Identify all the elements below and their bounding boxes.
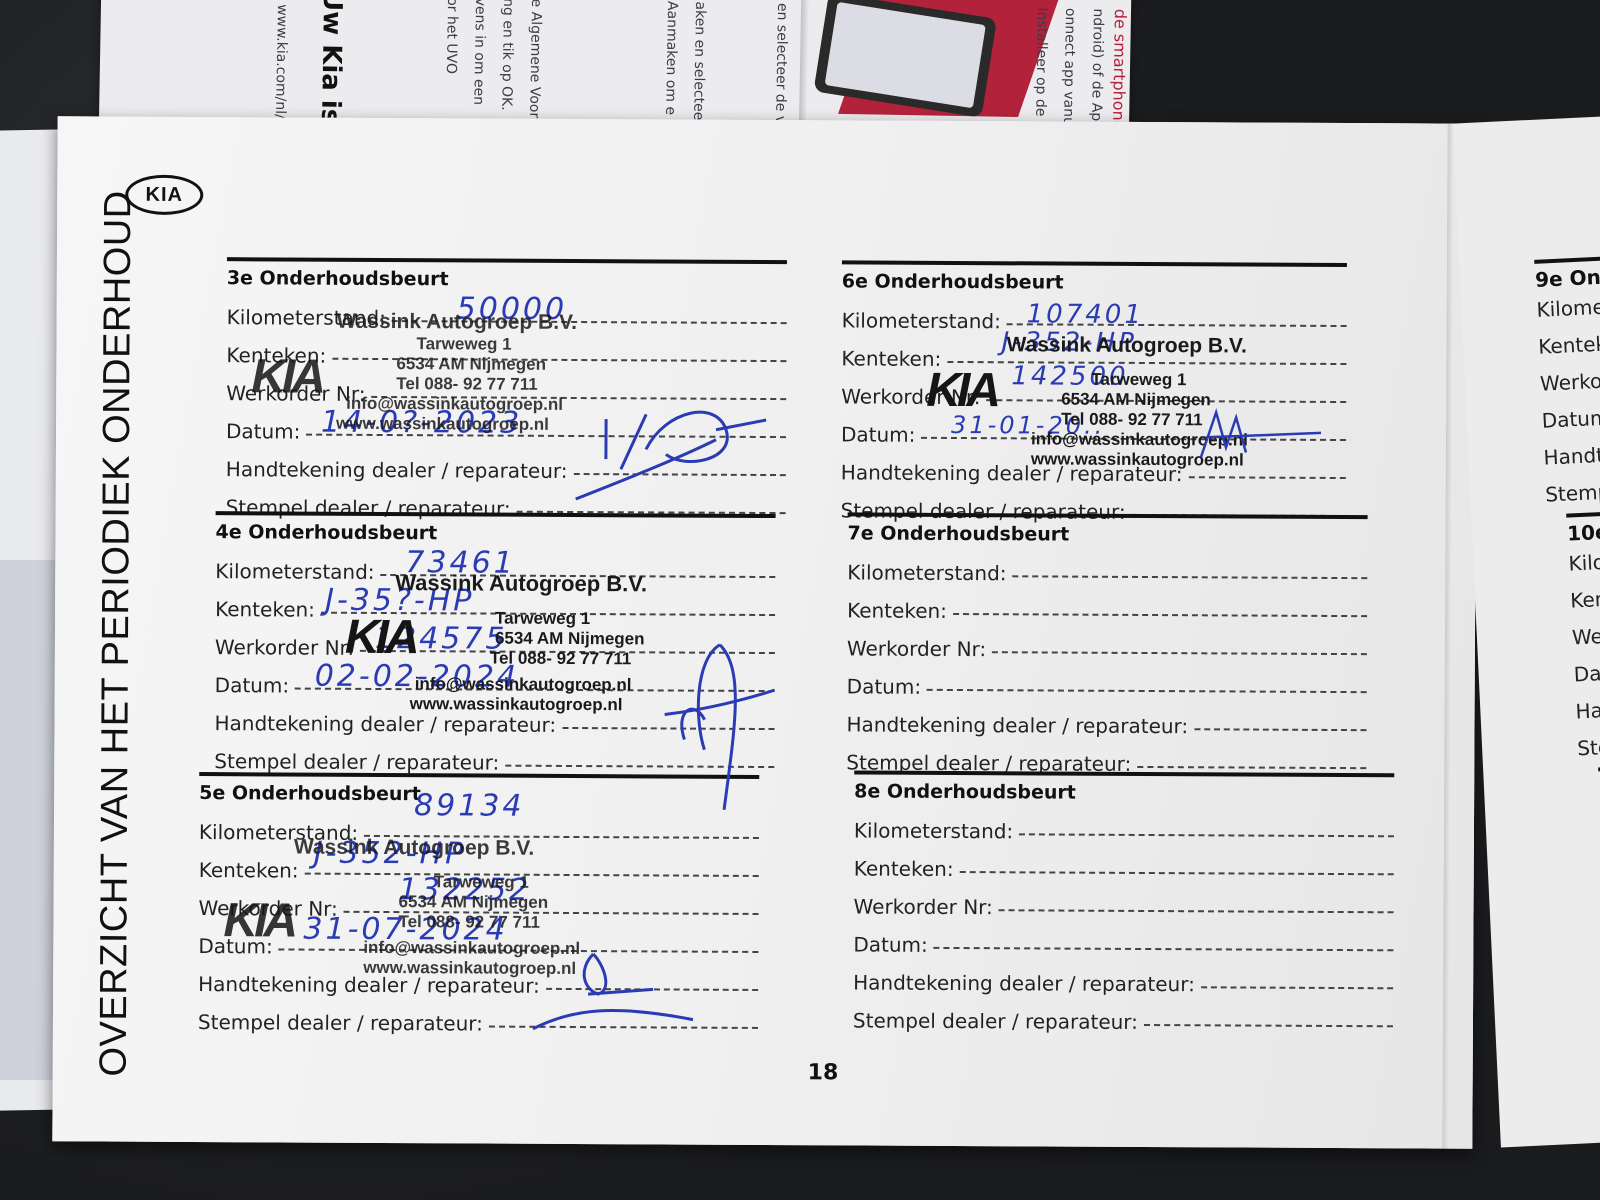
- handwritten-date: 14-0?-2023: [321, 405, 522, 441]
- fill-line: [489, 1026, 758, 1029]
- field-kenteken: Kenteken:: [854, 842, 1394, 883]
- fill-line: [392, 320, 787, 324]
- field-kilometerstand: Kilometerstand:50000: [227, 291, 787, 332]
- fill-line: [279, 948, 759, 953]
- handwritten-date: 31-01-20..: [951, 411, 1105, 440]
- smartphone-screen: [825, 2, 986, 108]
- field-datum: Datum:31-01-20..: [841, 408, 1346, 449]
- fill-line: [371, 396, 786, 400]
- fill-line: [1137, 766, 1366, 769]
- brochure-text: Installeer op de s: [1029, 7, 1053, 128]
- brochure-text: onnect app vanui: [1057, 8, 1081, 130]
- fill-line: [1019, 833, 1394, 837]
- brochure-text: Aanmaken om e: [659, 1, 683, 115]
- maintenance-booklet: KIA OVERZICHT VAN HET PERIODIEK ONDERHOU…: [52, 116, 1477, 1148]
- maintenance-entry-4: 4e Onderhoudsbeurt Kilometerstand:73461 …: [214, 511, 775, 776]
- brochure-text: ng en tik op OK.: [495, 0, 519, 111]
- field-label: Kilometerstand:: [215, 559, 380, 584]
- field-werkorder: Werkorder Nr:124575: [215, 621, 775, 662]
- field-werkorder: Werkorder Nr:: [226, 367, 786, 408]
- field-handtekening: Handtekening dealer / reparateur:: [853, 956, 1393, 997]
- maintenance-entry-5: 5e Onderhoudsbeurt Kilometerstand:89134 …: [198, 772, 759, 1037]
- fill-line: [927, 689, 1367, 693]
- field-handtekening: Handtekening dealer / reparateur:: [846, 698, 1366, 739]
- maintenance-entry-9: 9e Onderhoudsbeurt Kilometerstand: Kente…: [1534, 246, 1600, 514]
- fill-line: [934, 947, 1394, 951]
- field-label: Datum:: [853, 932, 934, 956]
- handwritten-order: 142500: [1011, 361, 1128, 392]
- fill-line: [1013, 575, 1368, 579]
- field-label: Werkorder Nr:: [841, 384, 986, 409]
- handwritten-km: 89134: [414, 788, 525, 824]
- field-handtekening: Handtekening dealer / reparateur:: [226, 443, 786, 484]
- maintenance-entry-3: 3e Onderhoudsbeurt Kilometerstand:50000 …: [226, 257, 787, 522]
- field-datum: Datum:02-02-2024: [215, 659, 775, 700]
- brochure-text: vens in om een: [467, 0, 491, 105]
- fill-line: [1201, 986, 1393, 989]
- entry-heading: 4e Onderhoudsbeurt: [215, 521, 775, 546]
- field-werkorder: Werkorder Nr:: [847, 622, 1367, 663]
- entry-heading: 7e Onderhoudsbeurt: [847, 522, 1367, 547]
- field-datum: Datum:: [847, 660, 1367, 701]
- fill-line: [953, 613, 1367, 617]
- field-handtekening: Handtekening dealer / reparateur:: [198, 958, 758, 999]
- field-kenteken: Kenteken:: [226, 329, 786, 370]
- field-label: Datum:: [215, 673, 296, 697]
- field-label: Handtekening dealer / reparateur:: [853, 970, 1201, 996]
- fill-line: [960, 871, 1394, 875]
- field-label: Werkorder Nr:: [847, 636, 992, 661]
- field-label: Handtekening dealer / reparateur:: [198, 972, 546, 998]
- fill-line: [947, 361, 1346, 365]
- brochure-text: e Algemene Voorw: [523, 0, 547, 130]
- handwritten-date: 02-02-2024: [315, 659, 520, 695]
- smartphone-illustration: [813, 0, 997, 118]
- field-label: Kilometerstand:: [854, 818, 1019, 843]
- fill-line: [986, 399, 1346, 403]
- field-label: Kenteken:: [854, 856, 960, 881]
- field-kenteken: Kenteken:J-35?-HP: [215, 583, 775, 624]
- field-label: Handtekening dealer / reparateur:: [226, 457, 574, 483]
- handwritten-km: 107401: [1027, 299, 1144, 330]
- field-werkorder: Werkorder Nr:142500: [841, 370, 1346, 411]
- handwritten-plate: J-352-HP: [1001, 327, 1136, 358]
- handwritten-plate: J-35?-HP: [325, 583, 474, 619]
- field-label: Kenteken:: [215, 597, 321, 622]
- field-label: Stempel dealer / reparateur:: [853, 1008, 1144, 1034]
- field-label: Datum:: [198, 934, 279, 958]
- field-label: Handtekening dealer / reparateur:: [214, 711, 562, 737]
- fill-line: [1144, 1024, 1393, 1027]
- field-kilometerstand: Kilometerstand:73461: [215, 545, 775, 586]
- field-stempel: Stempel dealer / reparateur:: [198, 996, 758, 1037]
- field-label: Werkorder Nr:: [226, 381, 371, 406]
- maintenance-entry-7: 7e Onderhoudsbeurt Kilometerstand: Kente…: [846, 512, 1367, 777]
- field-label: Kilometerstand:: [227, 305, 392, 330]
- fill-line: [562, 727, 774, 730]
- fill-line: [546, 988, 758, 991]
- fill-line: [1194, 728, 1366, 731]
- brochure-text-red: de smartphone: [1107, 9, 1131, 131]
- field-stempel: Stempel dealer / reparateur:: [214, 735, 774, 776]
- field-stempel: Stempel dealer / reparateur:: [853, 994, 1393, 1035]
- field-label: Werkorder Nr:: [215, 635, 360, 660]
- field-label: Kenteken:: [226, 343, 332, 368]
- handwritten-order: 124575: [375, 621, 508, 657]
- brochure-text: aken en selecteer: [687, 1, 711, 126]
- handwritten-plate: J-352-HP: [314, 836, 467, 872]
- page-title: OVERZICHT VAN HET PERIODIEK ONDERHOUD: [93, 266, 147, 1076]
- field-handtekening: Handtekening dealer / reparateur:: [841, 446, 1346, 487]
- fill-line: [505, 765, 774, 768]
- field-label: Kilometerstand:: [847, 560, 1012, 585]
- fill-line: [992, 651, 1367, 655]
- field-label: Kenteken:: [841, 346, 947, 371]
- field-label: Datum:: [847, 674, 928, 698]
- page-number: 18: [808, 1060, 839, 1085]
- handwritten-km: 73461: [405, 545, 516, 581]
- brochure-text: en selecteer de v: [769, 3, 793, 125]
- handwritten-km: 50000: [457, 291, 568, 327]
- field-kilometerstand: Kilometerstand:: [847, 546, 1367, 587]
- brochure-heading: Uw Kia is: [319, 0, 343, 124]
- field-label: Kenteken:: [199, 858, 305, 883]
- brochure-text: www.kia.com/nl/se: [269, 4, 293, 135]
- field-label: Kilometerstand:: [842, 308, 1007, 333]
- field-kenteken: Kenteken:: [847, 584, 1367, 625]
- field-label: Stempel dealer / reparateur:: [214, 749, 505, 775]
- fill-line: [999, 909, 1394, 913]
- fill-line: [1189, 476, 1346, 479]
- field-kilometerstand: Kilometerstand:89134: [199, 806, 759, 847]
- field-label: Stempel dealer / reparateur:: [198, 1010, 489, 1036]
- field-handtekening: Handtekening dealer / reparateur:: [214, 697, 774, 738]
- field-label: Datum:: [841, 422, 922, 446]
- handwritten-order: 132252: [399, 872, 532, 908]
- entry-heading: 3e Onderhoudsbeurt: [227, 267, 787, 292]
- field-label: Datum:: [226, 419, 307, 443]
- fill-line: [574, 473, 786, 476]
- maintenance-entry-8: 8e Onderhoudsbeurt Kilometerstand: Kente…: [853, 770, 1394, 1035]
- fill-line: [305, 873, 759, 877]
- field-kilometerstand: Kilometerstand:: [854, 804, 1394, 845]
- brochure-text: or het UVO: [440, 0, 463, 74]
- field-label: Handtekening dealer / reparateur:: [846, 712, 1194, 738]
- maintenance-entry-6: 6e Onderhoudsbeurt Kilometerstand:107401…: [841, 260, 1347, 525]
- handwritten-date: 31-07-2024: [303, 912, 508, 948]
- entry-heading: 8e Onderhoudsbeurt: [854, 780, 1394, 805]
- field-label: Kenteken:: [847, 598, 953, 623]
- entry-heading: 6e Onderhoudsbeurt: [842, 270, 1347, 295]
- field-datum: Datum:31-07-2024: [198, 920, 758, 961]
- brochure-text: ndroid) of de App: [1085, 8, 1109, 130]
- field-werkorder: Werkorder Nr:: [854, 880, 1394, 921]
- field-label: Handtekening dealer / reparateur:: [841, 460, 1189, 486]
- fill-line: [332, 358, 786, 362]
- field-label: Werkorder Nr:: [854, 894, 999, 919]
- section-divider: [1534, 246, 1600, 264]
- field-datum: Datum:14-0?-2023: [226, 405, 786, 446]
- field-datum: Datum:: [853, 918, 1393, 959]
- maintenance-entry-10: 10e Onderhoudsbeurt Kilometerstand: Kent…: [1566, 500, 1600, 768]
